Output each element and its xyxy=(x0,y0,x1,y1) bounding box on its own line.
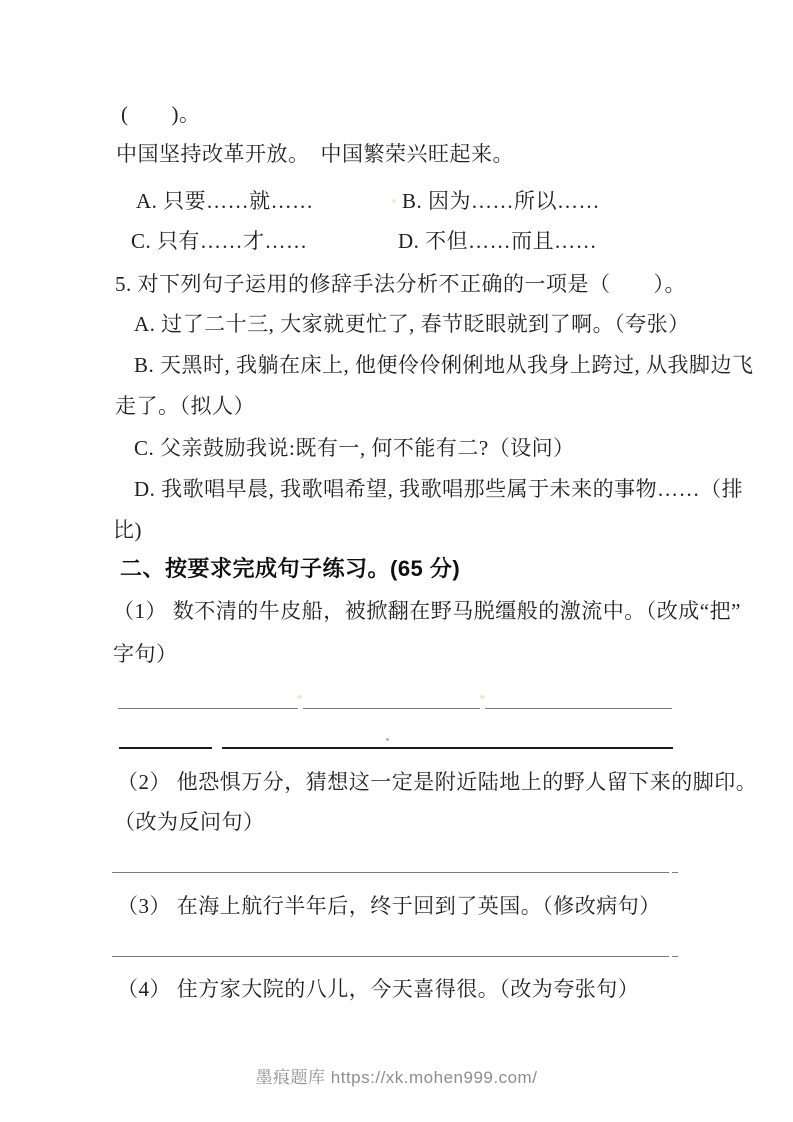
scan-artifact-dot xyxy=(392,199,396,203)
section2-item1-line2: 字句） xyxy=(113,642,178,666)
answer-blank-line xyxy=(112,956,669,957)
answer-blank-line xyxy=(303,708,480,709)
answer-blank-line xyxy=(112,872,669,873)
q5-option-b-line1: B. 天黑时, 我躺在床上, 他便伶伶俐俐地从我身上跨过, 从我脚边飞 xyxy=(134,353,754,377)
q5-option-a: A. 过了二十三, 大家就更忙了, 春节眨眼就到了啊。（夸张） xyxy=(134,312,690,336)
answer-blank-line xyxy=(672,956,678,957)
scan-artifact-dot xyxy=(386,738,389,741)
answer-blank-line xyxy=(672,872,678,873)
q4-option-b: B. 因为……所以…… xyxy=(402,189,600,213)
q5-option-c: C. 父亲鼓励我说:既有一, 何不能有二?（设问） xyxy=(134,436,575,460)
q4-sentences: 中国坚持改革开放。 中国繁荣兴旺起来。 xyxy=(116,142,514,166)
worksheet-page: ( )。 中国坚持改革开放。 中国繁荣兴旺起来。 A. 只要……就…… B. 因… xyxy=(0,0,793,1122)
section2-item2-line1: （2） 他恐惧万分，猜想这一定是附近陆地上的野人留下来的脚印。 xyxy=(117,770,757,794)
q4-answer-parens: ( )。 xyxy=(121,102,201,126)
q4-option-c: C. 只有……才…… xyxy=(131,229,308,253)
answer-blank-line xyxy=(222,747,673,749)
footer-watermark: 墨痕题库 https://xk.mohen999.com/ xyxy=(0,1063,793,1088)
q5-option-d-line1: D. 我歌唱早晨, 我歌唱希望, 我歌唱那些属于未来的事物……（排 xyxy=(134,477,743,501)
answer-blank-line xyxy=(485,708,672,709)
q5-option-d-line2: 比) xyxy=(113,518,142,542)
q5-stem: 5. 对下列句子运用的修辞手法分析不正确的一项是（ ）。 xyxy=(115,272,686,296)
q4-option-d: D. 不但……而且…… xyxy=(398,229,597,253)
section2-heading: 二、按要求完成句子练习。(65 分) xyxy=(120,556,460,581)
section2-item4-line1: （4） 住方家大院的八儿，今天喜得很。（改为夸张句） xyxy=(117,977,639,1001)
section2-item2-line2: （改为反问句） xyxy=(114,810,265,834)
answer-blank-line xyxy=(118,708,298,709)
section2-item3-line1: （3） 在海上航行半年后，终于回到了英国。（修改病句） xyxy=(117,894,661,918)
q4-option-a: A. 只要……就…… xyxy=(136,189,314,213)
scan-artifact-dot xyxy=(480,695,485,699)
q5-option-b-line2: 走了。（拟人） xyxy=(115,394,255,418)
section2-item1-line1: （1） 数不清的牛皮船，被掀翻在野马脱缰般的激流中。（改成“把” xyxy=(113,599,741,623)
answer-blank-line xyxy=(119,747,212,749)
scan-artifact-dot xyxy=(297,695,302,699)
